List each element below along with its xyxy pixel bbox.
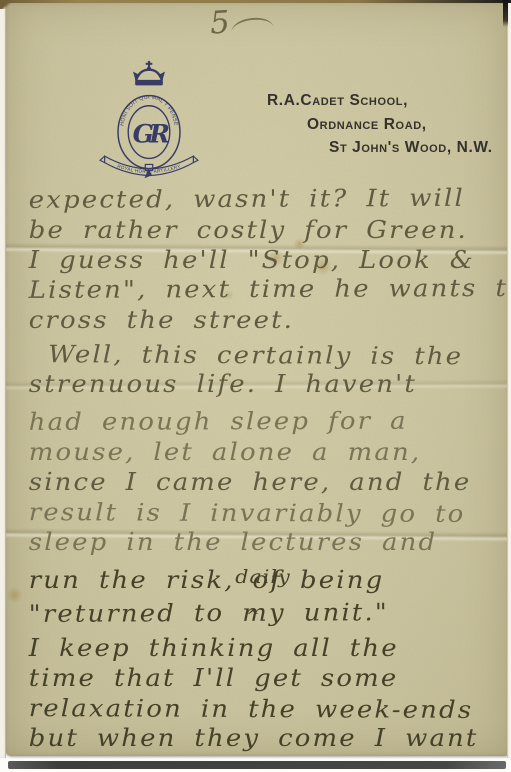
handwritten-line-13: run the risk, daily^of being <box>5 565 511 595</box>
scan-edge-right <box>507 2 511 758</box>
handwritten-line-4: Listen", next time he wants to <box>5 273 511 305</box>
letterhead-road: Ordnance Road, <box>307 113 502 137</box>
scan-shadow-band-bottom <box>8 761 506 769</box>
letterhead-school: R.A.Cadet School, <box>267 89 502 113</box>
handwritten-line-14: "returned to my unit." <box>5 596 511 629</box>
handwritten-line-7: strenuous life. I haven't <box>5 369 511 399</box>
crest-cypher: GR <box>133 119 170 148</box>
scan-edge-top <box>0 0 511 3</box>
handwritten-line-12: sleep in the lectures and <box>5 527 511 557</box>
scan-corner-curl <box>0 0 16 9</box>
handwriting: expected, wasn't it? It willbe rather co… <box>5 185 509 753</box>
handwritten-line-18: but when they come I want <box>5 723 511 753</box>
handwritten-line-17: relaxation in the week-ends <box>5 693 511 725</box>
handwritten-line-2: be rather costly for Green. <box>5 215 511 245</box>
letterhead: R.A.Cadet School, Ordnance Road, St John… <box>267 89 502 160</box>
handwritten-line-9: mouse, let alone a man, <box>5 437 511 467</box>
handwritten-line-3: I guess he'll "Stop, Look & <box>5 245 511 275</box>
page-number-flourish <box>230 15 273 34</box>
handwritten-line-16: time that I'll get some <box>5 663 511 693</box>
letterhead-city: St John's Wood, N.W. <box>329 136 502 160</box>
page-number: 5 <box>209 5 231 40</box>
handwritten-line-5: cross the street. <box>5 305 511 335</box>
scan-edge-left <box>0 0 6 758</box>
handwritten-line-1: expected, wasn't it? It will <box>5 182 511 215</box>
handwritten-line-8: had enough sleep for a <box>5 405 511 437</box>
handwritten-line-15: I keep thinking all the <box>5 633 511 663</box>
scan-mark-top-right <box>503 0 508 27</box>
royal-horse-artillery-crest-icon: HONI SOIT QUI MAL Y PENSE GR ROYAL HORSE… <box>98 60 200 182</box>
handwritten-line-11: result is I invariably go to <box>5 497 511 529</box>
letter-paper: 5 HONI SOIT QUI M <box>5 2 509 756</box>
scanned-letter-page: 5 HONI SOIT QUI M <box>0 0 511 772</box>
handwritten-line-10: since I came here, and the <box>5 467 511 497</box>
crown-icon <box>134 61 165 85</box>
handwritten-line-6: Well, this certainly is the <box>5 339 511 372</box>
